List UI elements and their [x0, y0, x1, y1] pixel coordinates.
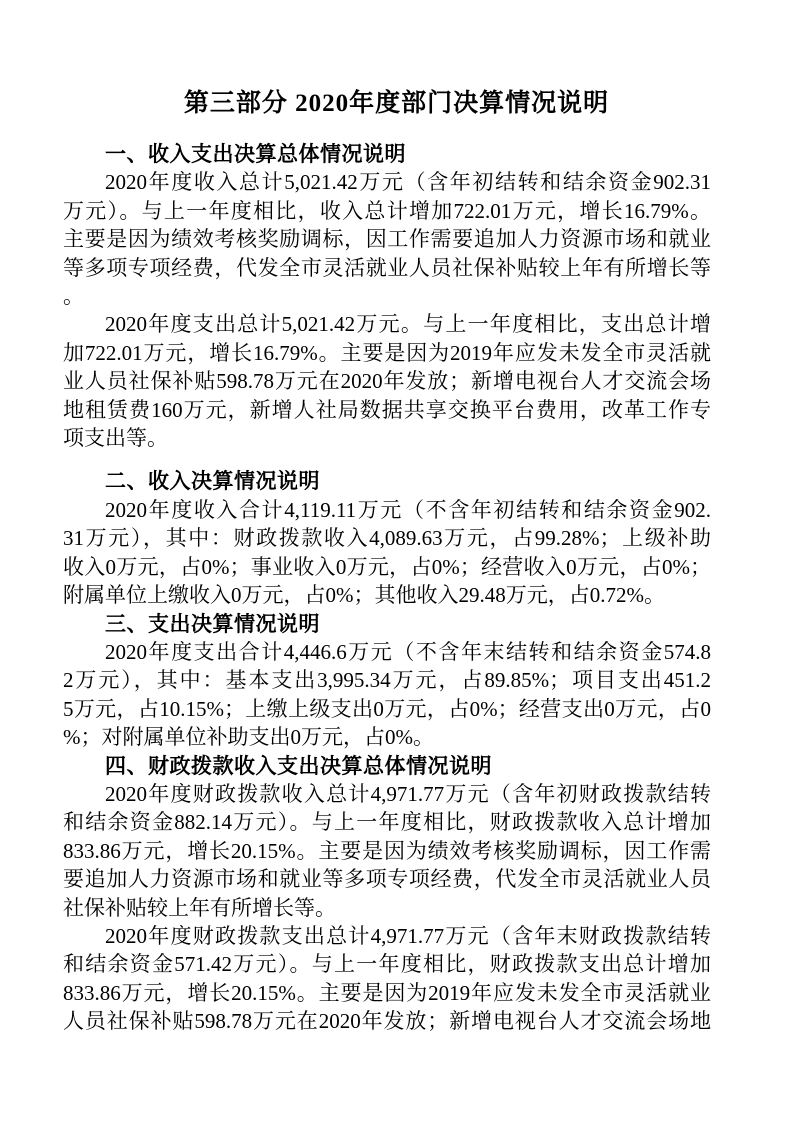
section-heading: 一、收入支出决算总体情况说明: [63, 140, 711, 168]
paragraph-line: 和结余资金882.14万元）。与上一年度相比，财政拨款收入总计增加: [63, 808, 711, 836]
section-heading: 四、财政拨款收入支出决算总体情况说明: [63, 752, 711, 780]
section: 一、收入支出决算总体情况说明2020年度收入总计5,021.42万元（含年初结转…: [63, 140, 711, 452]
paragraph-line: %；对附属单位补助支出0万元，占0%。: [63, 723, 711, 751]
paragraph: 2020年度财政拨款收入总计4,971.77万元（含年初财政拨款结转和结余资金8…: [63, 780, 711, 922]
paragraph-line: 2020年度收入总计5,021.42万元（含年初结转和结余资金902.31: [63, 168, 711, 196]
paragraph-line: 2020年度财政拨款收入总计4,971.77万元（含年初财政拨款结转: [63, 780, 711, 808]
paragraph-line: 人员社保补贴598.78万元在2020年发放；新增电视台人才交流会场地: [63, 1007, 711, 1035]
paragraph-line: 2020年度收入合计4,119.11万元（不含年初结转和结余资金902.: [63, 496, 711, 524]
section: 四、财政拨款收入支出决算总体情况说明2020年度财政拨款收入总计4,971.77…: [63, 752, 711, 1036]
paragraph-line: 地租赁费160万元，新增人社局数据共享交换平台费用，改革工作专: [63, 396, 711, 424]
paragraph: 2020年度支出合计4,446.6万元（不含年末结转和结余资金574.82万元）…: [63, 638, 711, 752]
paragraph-line: 收入0万元，占0%；事业收入0万元，占0%；经营收入0万元，占0%；: [63, 553, 711, 581]
paragraph: 2020年度收入总计5,021.42万元（含年初结转和结余资金902.31万元）…: [63, 168, 711, 310]
paragraph-line: 万元）。与上一年度相比，收入总计增加722.01万元，增长16.79%。: [63, 197, 711, 225]
paragraph: 2020年度财政拨款支出总计4,971.77万元（含年末财政拨款结转和结余资金5…: [63, 922, 711, 1036]
paragraph-line: 加722.01万元，增长16.79%。主要是因为2019年应发未发全市灵活就: [63, 339, 711, 367]
section-heading: 三、支出决算情况说明: [63, 610, 711, 638]
paragraph-line: 2020年度支出合计4,446.6万元（不含年末结转和结余资金574.8: [63, 638, 711, 666]
paragraph-line: 附属单位上缴收入0万元，占0%；其他收入29.48万元，占0.72%。: [63, 581, 711, 609]
paragraph-line: 。: [63, 282, 711, 310]
paragraph-line: 业人员社保补贴598.78万元在2020年发放；新增电视台人才交流会场: [63, 367, 711, 395]
section: 三、支出决算情况说明2020年度支出合计4,446.6万元（不含年末结转和结余资…: [63, 610, 711, 752]
paragraph-line: 2020年度财政拨款支出总计4,971.77万元（含年末财政拨款结转: [63, 922, 711, 950]
paragraph-line: 社保补贴较上年有所增长等。: [63, 894, 711, 922]
paragraph-line: 2020年度支出总计5,021.42万元。与上一年度相比，支出总计增: [63, 310, 711, 338]
paragraph-line: 5万元，占10.15%；上缴上级支出0万元，占0%；经营支出0万元，占0: [63, 695, 711, 723]
paragraph-line: 主要是因为绩效考核奖励调标，因工作需要追加人力资源市场和就业: [63, 225, 711, 253]
document-page: 第三部分 2020年度部门决算情况说明 一、收入支出决算总体情况说明2020年度…: [0, 0, 793, 1122]
paragraph-line: 项支出等。: [63, 424, 711, 452]
paragraph-line: 和结余资金571.42万元）。与上一年度相比，财政拨款支出总计增加: [63, 950, 711, 978]
section: 二、收入决算情况说明2020年度收入合计4,119.11万元（不含年初结转和结余…: [63, 467, 711, 609]
paragraph-line: 等多项专项经费，代发全市灵活就业人员社保补贴较上年有所增长等: [63, 254, 711, 282]
paragraph: 2020年度收入合计4,119.11万元（不含年初结转和结余资金902.31万元…: [63, 496, 711, 610]
paragraph-line: 833.86万元，增长20.15%。主要是因为2019年应发未发全市灵活就业: [63, 979, 711, 1007]
paragraph-line: 2万元），其中：基本支出3,995.34万元，占89.85%；项目支出451.2: [63, 666, 711, 694]
document-body: 一、收入支出决算总体情况说明2020年度收入总计5,021.42万元（含年初结转…: [63, 140, 711, 1036]
paragraph-line: 31万元），其中：财政拨款收入4,089.63万元，占99.28%；上级补助: [63, 524, 711, 552]
document-title: 第三部分 2020年度部门决算情况说明: [0, 86, 793, 122]
paragraph-line: 833.86万元，增长20.15%。主要是因为绩效考核奖励调标，因工作需: [63, 837, 711, 865]
section-heading: 二、收入决算情况说明: [63, 467, 711, 495]
paragraph: 2020年度支出总计5,021.42万元。与上一年度相比，支出总计增加722.0…: [63, 310, 711, 452]
paragraph-line: 要追加人力资源市场和就业等多项专项经费，代发全市灵活就业人员: [63, 865, 711, 893]
